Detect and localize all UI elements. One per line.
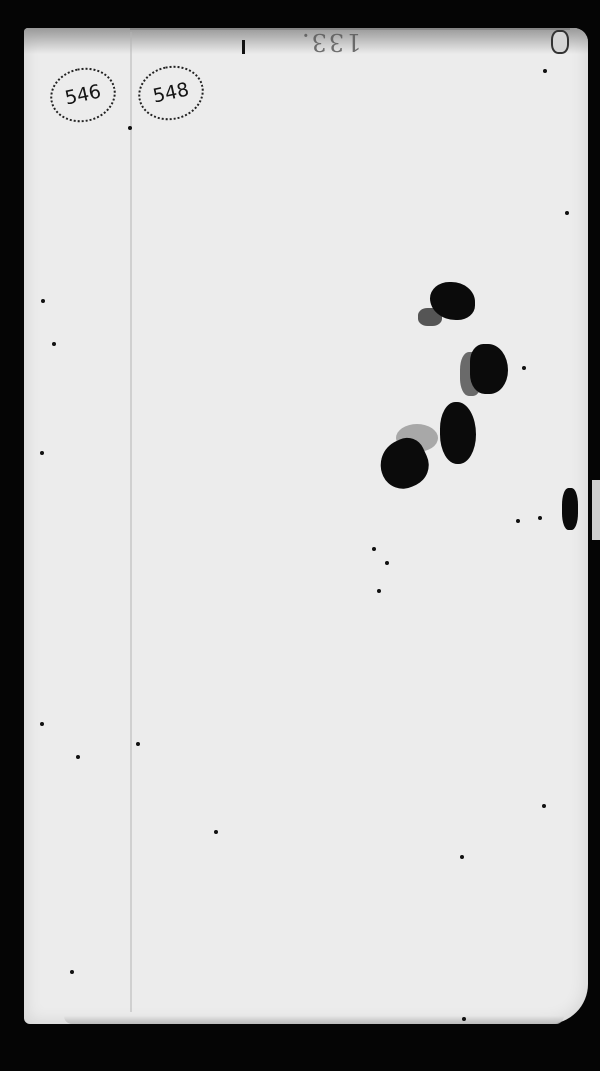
document-page (24, 28, 588, 1024)
ink-stain (440, 402, 476, 464)
speck (462, 1017, 466, 1021)
speck (128, 126, 132, 130)
speck (538, 516, 542, 520)
ink-mark (242, 40, 245, 54)
speck (565, 211, 569, 215)
speck (40, 451, 44, 455)
speck (522, 366, 526, 370)
speck (214, 830, 218, 834)
reference-number: 133. (300, 28, 361, 56)
speck (136, 742, 140, 746)
corner-tab (551, 30, 569, 54)
ink-stain (562, 488, 578, 530)
stamp-number: 546 (63, 80, 103, 109)
speck (52, 342, 56, 346)
speck (460, 855, 464, 859)
adjacent-page-edge (592, 480, 600, 540)
speck (76, 755, 80, 759)
speck (543, 69, 547, 73)
speck (70, 970, 74, 974)
speck (542, 804, 546, 808)
speck (372, 547, 376, 551)
stamp-number: 548 (151, 78, 191, 107)
page-bottom-edge (64, 1016, 564, 1024)
speck (516, 519, 520, 523)
speck (385, 561, 389, 565)
speck (41, 299, 45, 303)
ink-stain (470, 344, 508, 394)
speck (377, 589, 381, 593)
fold-line (130, 32, 132, 1012)
speck (40, 722, 44, 726)
